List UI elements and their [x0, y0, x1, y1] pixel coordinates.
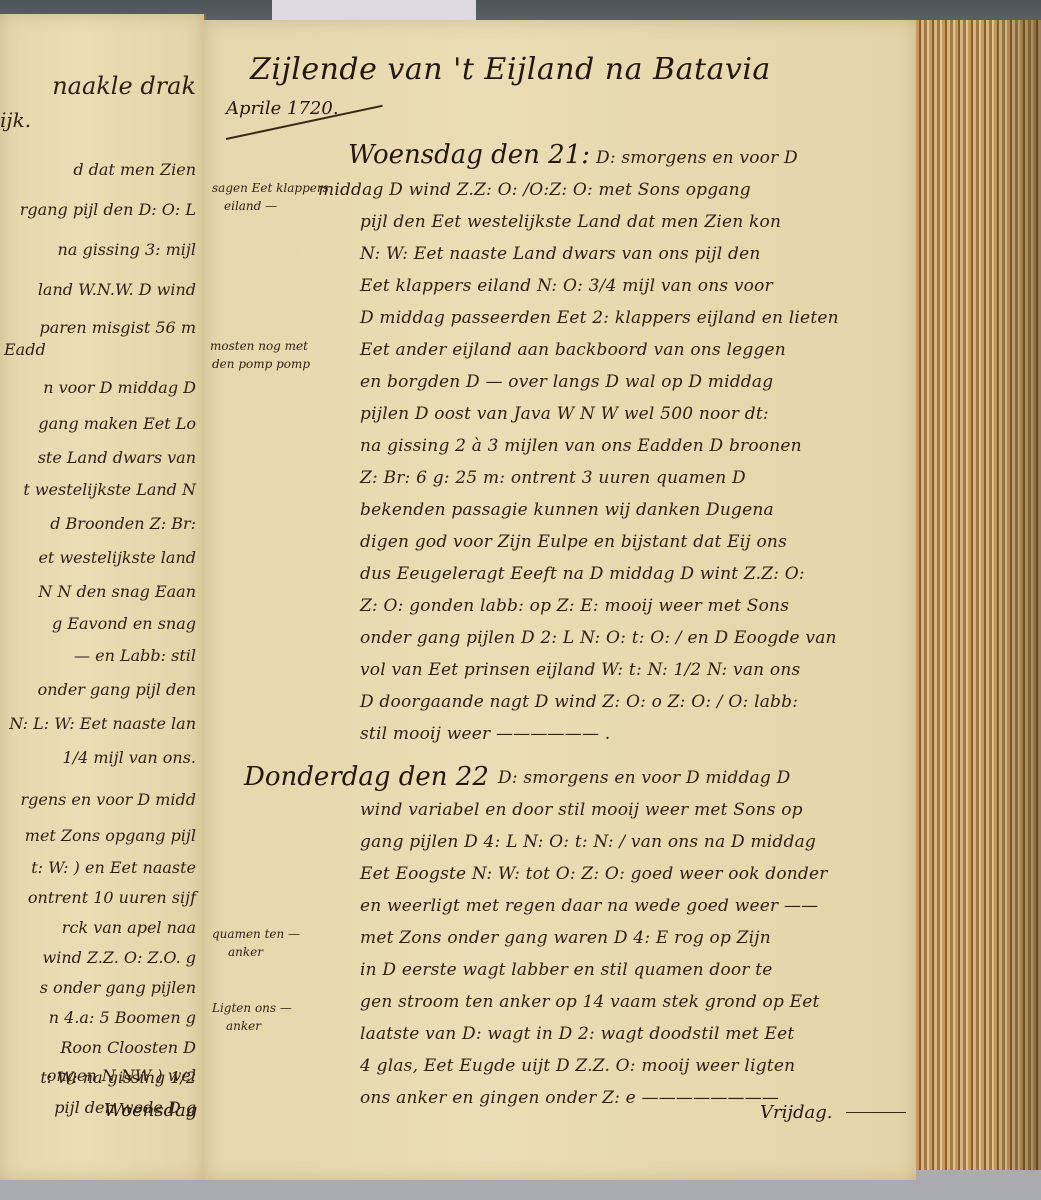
- left-line: rck van apel naa: [0, 918, 200, 937]
- entry-line: D doorgaande nagt D wind Z: O: o Z: O: /…: [360, 694, 798, 711]
- margin-note: quamen ten —: [212, 926, 300, 942]
- entry-line: wind variabel en door stil mooij weer me…: [360, 802, 803, 819]
- left-heading-fragment: naakle drak: [0, 72, 200, 100]
- left-line: g Eavond en snag: [0, 614, 200, 633]
- left-line: wind Z.Z. O: Z.O. g: [0, 948, 200, 967]
- entry-line: pijlen D oost van Java W N W wel 500 noo…: [360, 406, 769, 423]
- left-line: t: W: ) en Eet naaste: [0, 858, 200, 877]
- entry-line: N: W: Eet naaste Land dwars van ons pijl…: [360, 246, 760, 263]
- left-line: t westelijkste Land N: [0, 480, 200, 499]
- entry-line: Z: Br: 6 g: 25 m: ontrent 3 uuren quamen…: [360, 470, 746, 487]
- page-title: Zijlende van 't Eijland na Batavia: [250, 52, 771, 87]
- entry-line: na gissing 2 à 3 mijlen van ons Eadden D…: [360, 438, 802, 455]
- entry-line: Eet ander eijland aan backboord van ons …: [360, 342, 786, 359]
- entry-line: 4 glas, Eet Eugde uijt D Z.Z. O: mooij w…: [360, 1058, 795, 1075]
- margin-note: Ligten ons —: [212, 1000, 292, 1016]
- day-heading: Donderdag den 22: [244, 762, 489, 792]
- entry-line: digen god voor Zijn Eulpe en bijstant da…: [360, 534, 787, 551]
- left-line: ontrent 10 uuren sijf: [0, 888, 200, 907]
- left-line: met Zons opgang pijl: [0, 826, 200, 845]
- entry-line: en borgden D — over langs D wal op D mid…: [360, 374, 773, 391]
- margin-note: mosten nog met: [210, 338, 308, 354]
- left-line: ste Land dwars van: [0, 448, 200, 467]
- left-line: 1/4 mijl van ons.: [0, 748, 200, 767]
- margin-note: anker: [228, 944, 263, 960]
- left-line: et westelijkste land: [0, 548, 200, 567]
- entry-line: gang pijlen D 4: L N: O: t: N: / van ons…: [360, 834, 816, 851]
- entry-line: ons anker en gingen onder Z: e ————————: [360, 1090, 779, 1107]
- left-catchword: Woensdag: [104, 1100, 197, 1121]
- left-line: paren misgist 56 m: [0, 318, 200, 337]
- entry-line: met Zons onder gang waren D 4: E rog op …: [360, 930, 771, 947]
- left-line: onder gang pijl den: [0, 680, 200, 699]
- left-line: N: L: W: Eet naaste lan: [0, 714, 200, 733]
- entry-line: D middag passeerden Eet 2: klappers eijl…: [360, 310, 839, 327]
- background-card: [272, 0, 476, 22]
- entry-line: D: smorgens en voor D middag D: [498, 770, 790, 787]
- left-line: Eadd: [0, 340, 200, 359]
- day-heading: Woensdag den 21:: [348, 140, 590, 170]
- entry-line: vol van Eet prinsen eijland W: t: N: 1/2…: [360, 662, 800, 679]
- left-line: N N den snag Eaan: [0, 582, 200, 601]
- left-line: na gissing 3: mijl: [0, 240, 200, 259]
- entry-line: dus Eeugeleragt Eeeft na D middag D wint…: [360, 566, 805, 583]
- margin-note: sagen Eet klappers: [212, 180, 329, 196]
- left-line: d Broonden Z: Br:: [0, 514, 200, 533]
- entry-line: Eet klappers eiland N: O: 3/4 mijl van o…: [360, 278, 773, 295]
- entry-line: middag D wind Z.Z: O: /O:Z: O: met Sons …: [318, 182, 751, 199]
- page-date: Aprile 1720.: [226, 98, 339, 119]
- entry-line: bekenden passagie kunnen wij danken Duge…: [360, 502, 774, 519]
- catchword-rule: [846, 1112, 906, 1113]
- entry-line: D: smorgens en voor D: [596, 150, 798, 167]
- left-line: s onder gang pijlen: [0, 978, 200, 997]
- entry-line: laatste van D: wagt in D 2: wagt doodsti…: [360, 1026, 794, 1043]
- left-heading-fragment-2: ijk.: [0, 108, 200, 132]
- left-line: land W.N.W. D wind: [0, 280, 200, 299]
- left-line: rgang pijl den D: O: L: [0, 200, 200, 219]
- entry-line: in D eerste wagt labber en stil quamen d…: [360, 962, 773, 979]
- right-catchword: Vrijdag.: [760, 1102, 832, 1123]
- left-line: Roon Cloosten D: [0, 1038, 200, 1057]
- entry-line: gen stroom ten anker op 14 vaam stek gro…: [360, 994, 820, 1011]
- entry-line: pijl den Eet westelijkste Land dat men Z…: [360, 214, 781, 231]
- entry-line: Z: O: gonden labb: op Z: E: mooij weer m…: [360, 598, 789, 615]
- left-line: gang maken Eet Lo: [0, 414, 200, 433]
- entry-line: Eet Eoogste N: W: tot O: Z: O: goed weer…: [360, 866, 828, 883]
- margin-note: den pomp pomp: [212, 356, 310, 372]
- left-line: n voor D middag D: [0, 378, 200, 397]
- entry-line: stil mooij weer —————— .: [360, 726, 610, 743]
- left-line: d dat men Zien: [0, 160, 200, 179]
- entry-line: onder gang pijlen D 2: L N: O: t: O: / e…: [360, 630, 837, 647]
- left-line: n 4.a: 5 Boomen g: [0, 1008, 200, 1027]
- left-line: ongen N NW ) wel: [0, 1066, 200, 1085]
- entry-line: en weerligt met regen daar na wede goed …: [360, 898, 818, 915]
- margin-note: anker: [226, 1018, 261, 1034]
- left-line: — en Labb: stil: [0, 646, 200, 665]
- margin-note: eiland —: [224, 198, 277, 214]
- left-line: rgens en voor D midd: [0, 790, 200, 809]
- page-edges: [916, 20, 1041, 1170]
